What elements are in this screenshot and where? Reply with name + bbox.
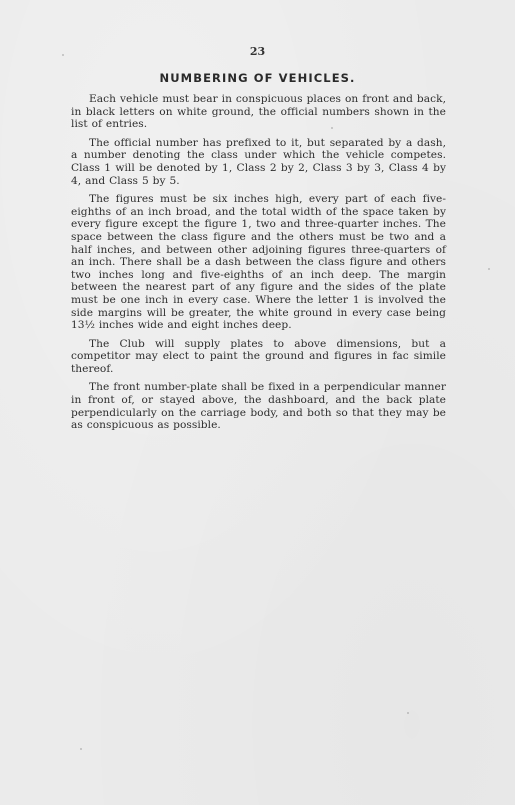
section-heading: NUMBERING OF VEHICLES. [0,71,515,85]
document-page: 23 NUMBERING OF VEHICLES. Each vehicle m… [0,0,515,805]
paragraph-plate-fixing: The front number-plate shall be fixed in… [71,381,446,431]
paper-speck [488,268,490,270]
paper-speck [80,748,82,750]
paragraph-club-plates: The Club will supply plates to above dim… [71,338,446,376]
paper-speck [331,127,333,129]
paper-speck [407,712,409,714]
paragraph-class-prefix: The official number has prefixed to it, … [71,137,446,187]
paper-speck [62,54,64,56]
paragraph-vehicle-marking: Each vehicle must bear in conspicuous pl… [71,93,446,131]
page-number: 23 [0,45,515,58]
paragraph-figure-dimensions: The figures must be six inches high, eve… [71,193,446,332]
body-text: Each vehicle must bear in conspicuous pl… [71,93,446,438]
